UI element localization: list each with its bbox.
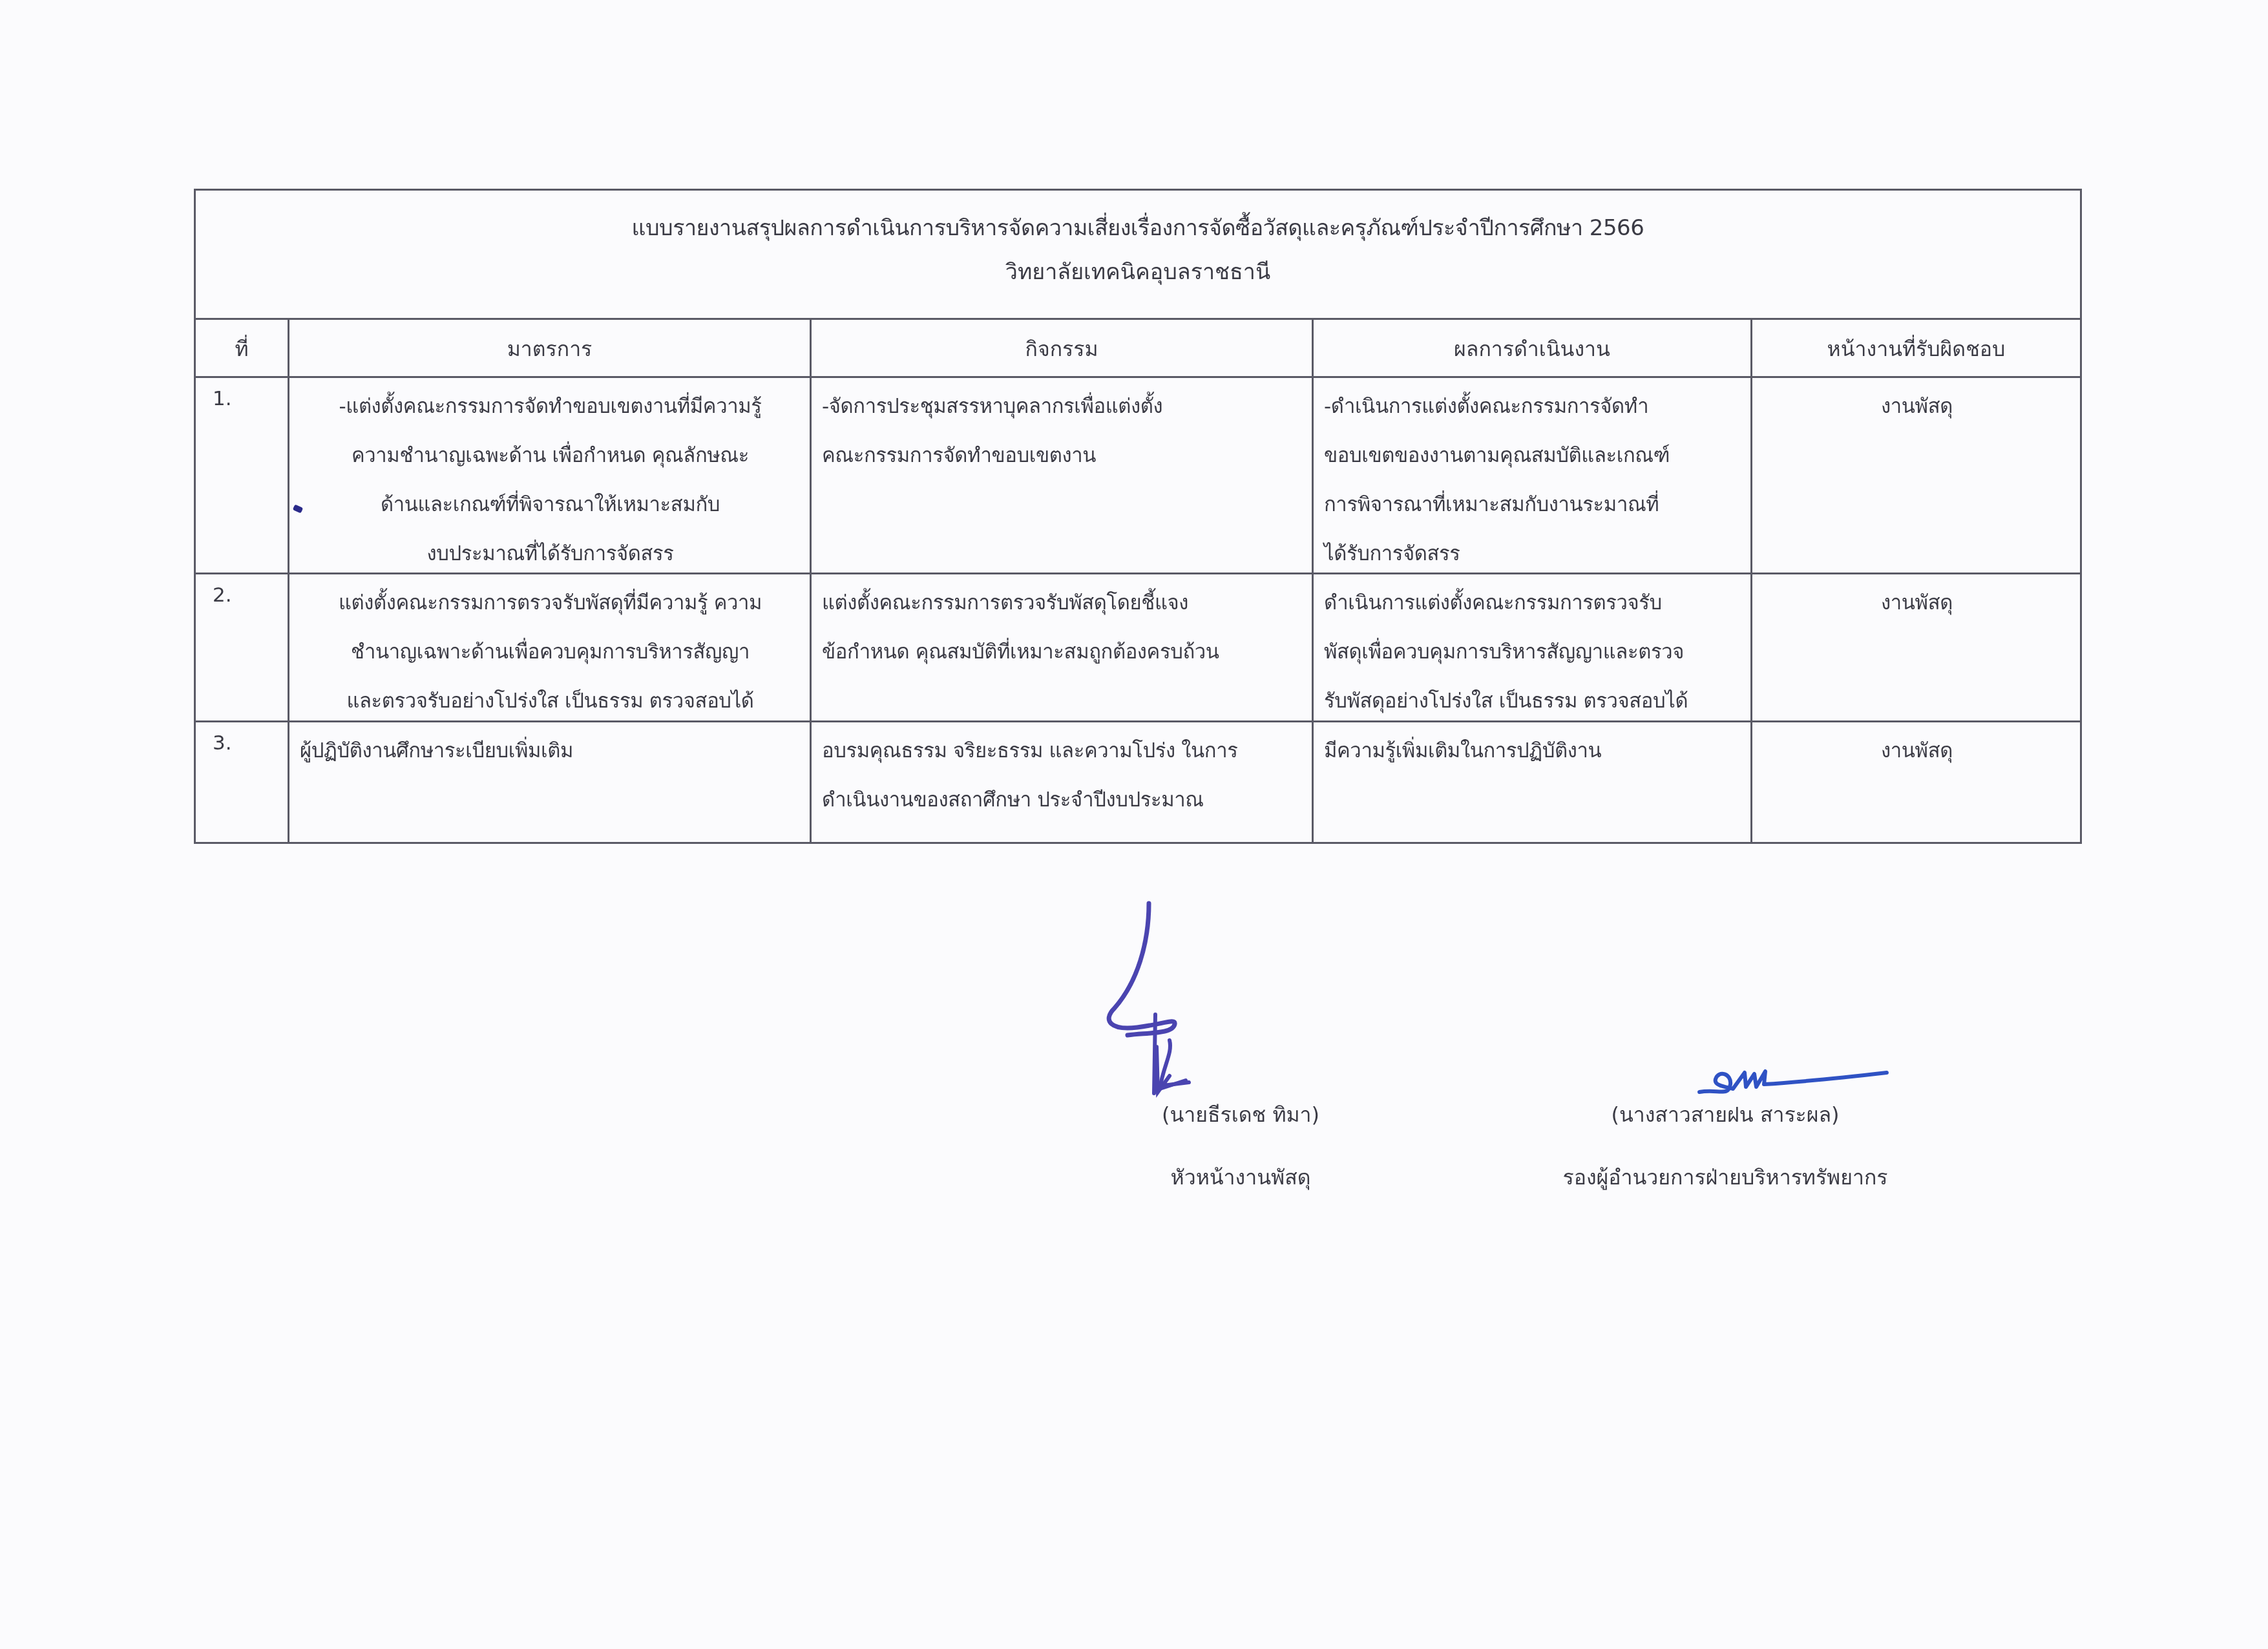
row-number: 3. [196, 722, 288, 842]
measure-line: แต่งตั้งคณะกรรมการตรวจรับพัสดุที่มีความร… [300, 578, 801, 627]
activity-cell: อบรมคุณธรรม จริยะธรรม และความโปร่ง ในการ… [810, 722, 1312, 842]
measure-line: และตรวจรับอย่างโปร่งใส เป็นธรรม ตรวจสอบไ… [300, 677, 801, 726]
result-line: -ดำเนินการแต่งตั้งคณะกรรมการจัดทำ [1324, 382, 1741, 431]
signer-name: (นางสาวสายฝน สาระผล) [1531, 1098, 1919, 1131]
responsible-cell: งานพัสดุ [1750, 378, 2080, 572]
activity-line: ดำเนินงานของสถาศึกษา ประจำปีงบประมาณ [822, 775, 1303, 824]
measure-cell: -แต่งตั้งคณะกรรมการจัดทำขอบเขตงานที่มีคว… [288, 378, 810, 572]
measure-line: ชำนาญเฉพาะด้านเพื่อควบคุมการบริหารสัญญา [300, 627, 801, 677]
signature-block-supply-head: (นายธีรเดช ทิมา) หัวหน้างานพัสดุ [1111, 1098, 1370, 1194]
activity-cell: -จัดการประชุมสรรหาบุคลากรเพื่อแต่งตั้ง ค… [810, 378, 1312, 572]
measure-line: ผู้ปฏิบัติงานศึกษาระเบียบเพิ่มเติม [300, 726, 801, 775]
measure-line: ด้านและเกณฑ์ที่พิจารณาให้เหมาะสมกับ [300, 480, 801, 529]
activity-line: -จัดการประชุมสรรหาบุคลากรเพื่อแต่งตั้ง [822, 382, 1303, 431]
activity-line: แต่งตั้งคณะกรรมการตรวจรับพัสดุโดยชี้แจง [822, 578, 1303, 627]
header-measure: มาตรการ [288, 320, 810, 376]
measure-cell: ผู้ปฏิบัติงานศึกษาระเบียบเพิ่มเติม [288, 722, 810, 842]
header-no: ที่ [196, 320, 288, 376]
header-activity: กิจกรรม [810, 320, 1312, 376]
result-line: ได้รับการจัดสรร [1324, 529, 1741, 578]
result-cell: -ดำเนินการแต่งตั้งคณะกรรมการจัดทำ ขอบเขต… [1312, 378, 1750, 572]
responsible-cell: งานพัสดุ [1750, 722, 2080, 842]
organization-name: วิทยาลัยเทคนิคอุบลราชธานี [196, 254, 2080, 289]
measure-line: ความชำนาญเฉพะด้าน เพื่อกำหนด คุณลักษณะ [300, 431, 801, 480]
result-line: ขอบเขตของงานตามคุณสมบัติและเกณฑ์ [1324, 431, 1741, 480]
signer-name: (นายธีรเดช ทิมา) [1111, 1098, 1370, 1131]
result-line: ดำเนินการแต่งตั้งคณะกรรมการตรวจรับ [1324, 578, 1741, 627]
signer-position: หัวหน้างานพัสดุ [1111, 1161, 1370, 1194]
result-cell: ดำเนินการแต่งตั้งคณะกรรมการตรวจรับ พัสดุ… [1312, 574, 1750, 720]
result-line: การพิจารณาที่เหมาะสมกับงานระมาณที่ [1324, 480, 1741, 529]
activity-cell: แต่งตั้งคณะกรรมการตรวจรับพัสดุโดยชี้แจง … [810, 574, 1312, 720]
report-title: แบบรายงานสรุปผลการดำเนินการบริหารจัดความ… [196, 210, 2080, 245]
signer-position: รองผู้อำนวยการฝ่ายบริหารทรัพยากร [1531, 1161, 1919, 1194]
result-cell: มีความรู้เพิ่มเติมในการปฏิบัติงาน [1312, 722, 1750, 842]
table-row: 3. ผู้ปฏิบัติงานศึกษาระเบียบเพิ่มเติม อบ… [196, 722, 2080, 842]
signature-block-deputy-director: (นางสาวสายฝน สาระผล) รองผู้อำนวยการฝ่ายบ… [1531, 1098, 1919, 1194]
risk-report-table: แบบรายงานสรุปผลการดำเนินการบริหารจัดความ… [194, 189, 2082, 844]
result-line: รับพัสดุอย่างโปร่งใส เป็นธรรม ตรวจสอบได้ [1324, 677, 1741, 726]
row-number: 1. [196, 378, 288, 572]
measure-cell: แต่งตั้งคณะกรรมการตรวจรับพัสดุที่มีความร… [288, 574, 810, 720]
table-title-block: แบบรายงานสรุปผลการดำเนินการบริหารจัดความ… [196, 191, 2080, 320]
result-line: พัสดุเพื่อควบคุมการบริหารสัญญาและตรวจ [1324, 627, 1741, 677]
table-grid: ที่ มาตรการ กิจกรรม ผลการดำเนินงาน หน้าง… [196, 320, 2080, 842]
measure-line: งบประมาณที่ได้รับการจัดสรร [300, 529, 801, 578]
header-responsible: หน้างานที่รับผิดชอบ [1750, 320, 2080, 376]
activity-line: คณะกรรมการจัดทำขอบเขตงาน [822, 431, 1303, 480]
measure-line: -แต่งตั้งคณะกรรมการจัดทำขอบเขตงานที่มีคว… [300, 382, 801, 431]
signature-left-icon [1098, 892, 1312, 1098]
responsible-cell: งานพัสดุ [1750, 574, 2080, 720]
table-row: 1. -แต่งตั้งคณะกรรมการจัดทำขอบเขตงานที่ม… [196, 378, 2080, 574]
table-header-row: ที่ มาตรการ กิจกรรม ผลการดำเนินงาน หน้าง… [196, 320, 2080, 378]
table-row: 2. แต่งตั้งคณะกรรมการตรวจรับพัสดุที่มีคว… [196, 574, 2080, 722]
result-line: มีความรู้เพิ่มเติมในการปฏิบัติงาน [1324, 726, 1741, 775]
activity-line: ข้อกำหนด คุณสมบัติที่เหมาะสมถูกต้องครบถ้… [822, 627, 1303, 677]
row-number: 2. [196, 574, 288, 720]
activity-line: อบรมคุณธรรม จริยะธรรม และความโปร่ง ในการ [822, 726, 1303, 775]
header-result: ผลการดำเนินงาน [1312, 320, 1750, 376]
